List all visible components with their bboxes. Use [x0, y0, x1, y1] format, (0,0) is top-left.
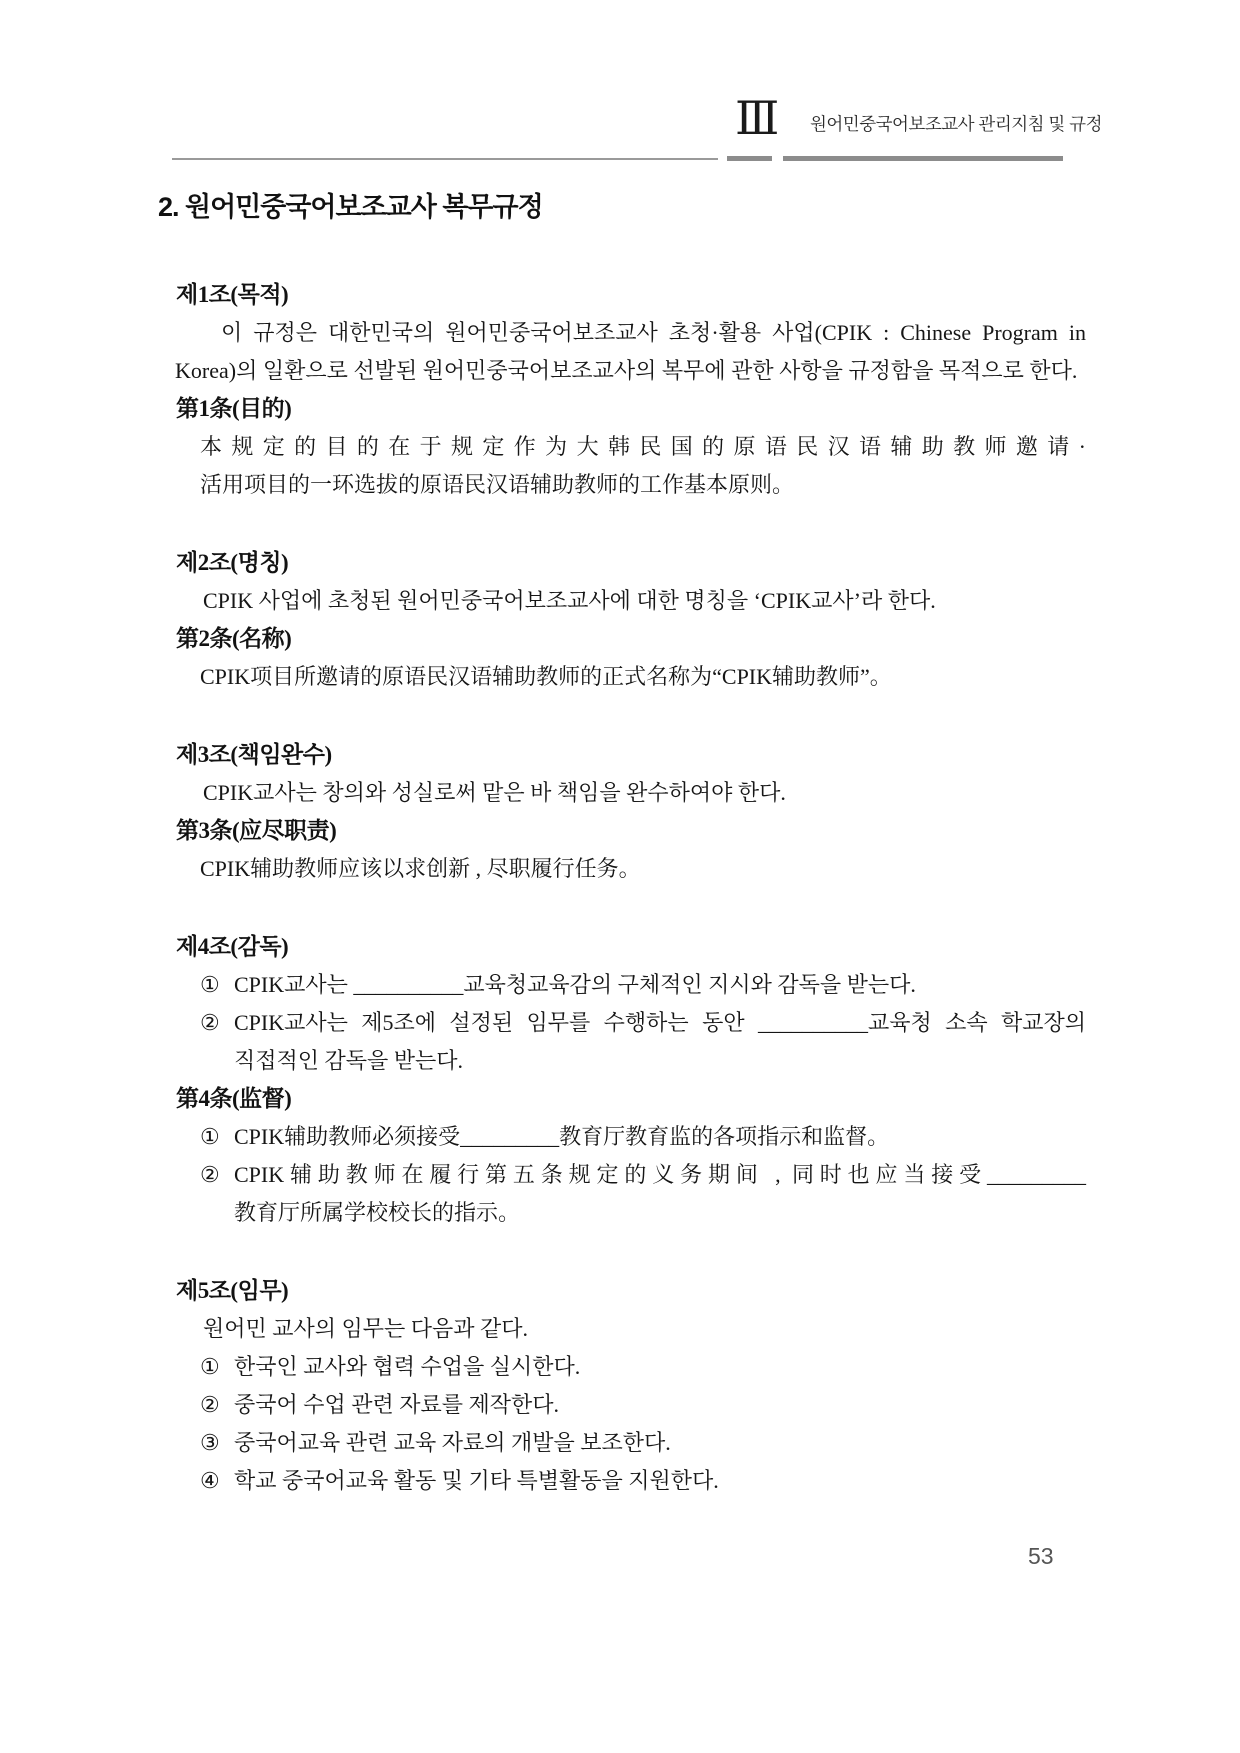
header-rule-numeral-underline [727, 156, 772, 161]
article-4-ko-item-1: ① CPIK교사는 __________교육청교육감의 구체적인 지시와 감독을… [200, 966, 1086, 1004]
article-1: 제1조(목적) 이 규정은 대한민국의 원어민중국어보조교사 초청·활용 사업(… [158, 276, 1086, 504]
article-4-heading-ko: 제4조(감독) [176, 928, 1086, 966]
article-2-body-zh: CPIK项目所邀请的原语民汉语辅助教师的正式名称为“CPIK辅助教师”。 [200, 658, 1086, 696]
article-4-zh-item-2-text: CPIK辅助教师在履行第五条规定的义务期间 , 同时也应当接受_________… [234, 1156, 1086, 1232]
document-body: 2. 원어민중국어보조교사 복무규정 제1조(목적) 이 규정은 대한민국의 원… [158, 190, 1086, 1500]
article-5-heading-ko: 제5조(임무) [176, 1272, 1086, 1310]
chapter-numeral: Ⅲ [735, 96, 779, 142]
article-5-item-3: ③ 중국어교육 관련 교육 자료의 개발을 보조한다. [200, 1424, 1086, 1462]
article-4-zh-item-1-text: CPIK辅助教师必须接受_________教育厅教育监的各项指示和监督。 [234, 1118, 1086, 1156]
article-2: 제2조(명칭) CPIK 사업에 초청된 원어민중국어보조교사에 대한 명칭을 … [158, 544, 1086, 696]
circled-number-1: ① [200, 966, 234, 1004]
article-5-item-4-text: 학교 중국어교육 활동 및 기타 특별활동을 지원한다. [234, 1462, 1086, 1500]
article-4-ko-item-1-text: CPIK교사는 __________교육청교육감의 구체적인 지시와 감독을 받… [234, 966, 1086, 1004]
circled-number-2: ② [200, 1004, 234, 1080]
page-title: 2. 원어민중국어보조교사 복무규정 [158, 190, 1086, 224]
header-rule-title-underline [783, 156, 1063, 161]
article-3-heading-zh: 第3条(应尽职责) [176, 812, 1086, 850]
article-5-intro-ko: 원어민 교사의 임무는 다음과 같다. [175, 1310, 1086, 1348]
article-3: 제3조(책임완수) CPIK교사는 창의와 성실로써 맡은 바 책임을 완수하여… [158, 736, 1086, 888]
article-4-zh-item-2: ② CPIK辅助教师在履行第五条规定的义务期间 , 同时也应当接受_______… [200, 1156, 1086, 1232]
article-4-heading-zh: 第4条(监督) [176, 1080, 1086, 1118]
circled-number-1: ① [200, 1348, 234, 1386]
article-1-body-zh: 本规定的目的在于规定作为大韩民国的原语民汉语辅助教师邀请·活用项目的一环选拔的原… [200, 428, 1086, 504]
article-5-item-2-text: 중국어 수업 관련 자료를 제작한다. [234, 1386, 1086, 1424]
article-5-item-1-text: 한국인 교사와 협력 수업을 실시한다. [234, 1348, 1086, 1386]
article-2-heading-zh: 第2条(名称) [176, 620, 1086, 658]
article-2-heading-ko: 제2조(명칭) [176, 544, 1086, 582]
article-3-heading-ko: 제3조(책임완수) [176, 736, 1086, 774]
article-4: 제4조(감독) ① CPIK교사는 __________교육청교육감의 구체적인… [158, 928, 1086, 1232]
page-number: 53 [1028, 1543, 1054, 1570]
circled-number-2: ② [200, 1156, 234, 1232]
article-5-item-3-text: 중국어교육 관련 교육 자료의 개발을 보조한다. [234, 1424, 1086, 1462]
document-page: { "header": { "chapter_numeral": "Ⅲ", "c… [0, 0, 1240, 1753]
article-4-zh-item-1: ① CPIK辅助教师必须接受_________教育厅教育监的各项指示和监督。 [200, 1118, 1086, 1156]
chapter-header-title: 원어민중국어보조교사 관리지침 및 규정 [810, 112, 1102, 136]
article-5-item-4: ④ 학교 중국어교육 활동 및 기타 특별활동을 지원한다. [200, 1462, 1086, 1500]
article-4-ko-item-2: ② CPIK교사는 제5조에 설정된 임무를 수행하는 동안 _________… [200, 1004, 1086, 1080]
article-3-body-zh: CPIK辅助教师应该以求创新 , 尽职履行任务。 [200, 850, 1086, 888]
circled-number-2: ② [200, 1386, 234, 1424]
article-5: 제5조(임무) 원어민 교사의 임무는 다음과 같다. ① 한국인 교사와 협력… [158, 1272, 1086, 1500]
article-1-heading-zh: 第1条(目的) [176, 390, 1086, 428]
circled-number-3: ③ [200, 1424, 234, 1462]
circled-number-4: ④ [200, 1462, 234, 1500]
header-rule-thin [172, 158, 718, 160]
article-4-ko-item-2-text: CPIK교사는 제5조에 설정된 임무를 수행하는 동안 __________교… [234, 1004, 1086, 1080]
article-5-item-2: ② 중국어 수업 관련 자료를 제작한다. [200, 1386, 1086, 1424]
article-5-item-1: ① 한국인 교사와 협력 수업을 실시한다. [200, 1348, 1086, 1386]
circled-number-1: ① [200, 1118, 234, 1156]
article-2-body-ko: CPIK 사업에 초청된 원어민중국어보조교사에 대한 명칭을 ‘CPIK교사’… [175, 582, 1086, 620]
article-1-body-ko: 이 규정은 대한민국의 원어민중국어보조교사 초청·활용 사업(CPIK : C… [175, 314, 1086, 390]
article-1-heading-ko: 제1조(목적) [176, 276, 1086, 314]
article-3-body-ko: CPIK교사는 창의와 성실로써 맡은 바 책임을 완수하여야 한다. [175, 774, 1086, 812]
